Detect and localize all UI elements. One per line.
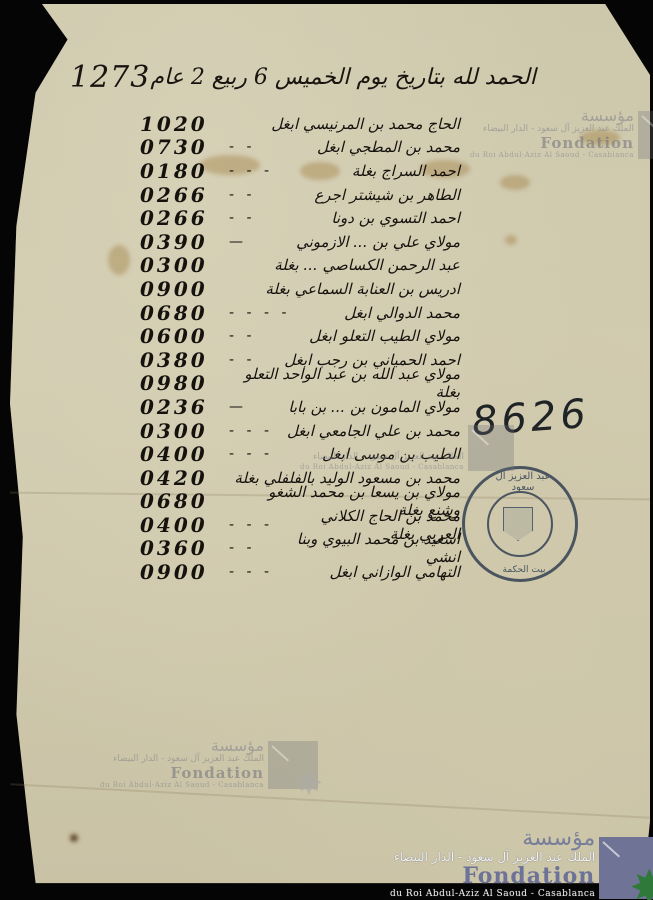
watermark-arabic-subtitle: الملك عبد العزيز آل سعود - الدار البيضاء (394, 850, 595, 864)
ledger-dashes: - - (229, 187, 256, 203)
ledger-row: 1020الحاج محمد بن المرنيسي ابغل (140, 112, 460, 136)
ledger-name: اسعيد بن محمد البيوي وبنا انشي (260, 530, 460, 566)
stain (500, 175, 530, 190)
ledger-amount: 0180 (140, 159, 225, 183)
watermark-subtitle: du Roi Abdul-Aziz Al Saoud - Casablanca (100, 781, 264, 789)
ledger-amount: 0420 (140, 466, 225, 490)
ledger-amount: 0980 (140, 371, 225, 395)
stain (108, 245, 130, 275)
ledger-name: مولاي المامون بن ... بن بابا (251, 398, 460, 416)
ledger-amount: 1020 (140, 112, 225, 136)
watermark-arabic-title: مؤسسة (581, 108, 634, 124)
ledger-amount: 0380 (140, 348, 225, 372)
ledger-amount: 0236 (140, 395, 225, 419)
watermark-main: مؤسسة الملك عبد العزيز آل سعود - الدار ا… (390, 828, 653, 899)
header-text: الحمد لله بتاريخ يوم الخميس 6 ربيع 2 عام (150, 65, 536, 90)
ledger-amount: 0390 (140, 230, 225, 254)
ledger-dashes: - - (229, 328, 256, 344)
foundation-logo-icon (468, 425, 514, 471)
ledger-row: 0266- -الطاهر بن شيشتر اجرع (140, 183, 460, 207)
ledger-dashes: - - (229, 139, 256, 155)
library-stamp: عبد العزيز آل سعود بيت الحكمة (462, 466, 578, 582)
ledger-amount: 0900 (140, 560, 225, 584)
ledger-name: ادريس بن العنابة السماعي بغلة (233, 280, 460, 298)
ledger-row: 0730- -محمد بن المطجي ابغل (140, 136, 460, 160)
ledger-amount: 0266 (140, 206, 225, 230)
ledger-row: 0680- - - -محمد الدوالي ابغل (140, 301, 460, 325)
ledger-row: 0980مولاي عبد الله بن عبد الواحد التعلو … (140, 372, 460, 396)
ledger-dashes: - - - (229, 564, 273, 580)
ledger-row: 0300عبد الرحمن الكساصي ... بغلة (140, 254, 460, 278)
ledger-name: محمد بن المطجي ابغل (260, 138, 460, 156)
watermark-text: مؤسسة الملك عبد العزيز آل سعود - الدار ا… (470, 108, 634, 159)
watermark-arabic-title: مؤسسة (522, 828, 595, 850)
foundation-logo-icon (599, 837, 653, 899)
ledger-amount: 0266 (140, 183, 225, 207)
ledger-dashes: — (229, 234, 247, 250)
foundation-logo-icon (638, 111, 653, 159)
ledger-name: الحاج محمد بن المرنيسي ابغل (233, 115, 460, 133)
ledger-dashes: - - - (229, 163, 273, 179)
foundation-logo-icon (268, 741, 318, 789)
watermark-title: Fondation (462, 864, 595, 888)
stamp-top-text: عبد العزيز آل سعود (485, 471, 561, 493)
ledger-row: 0900- - -التهامي الوازاني ابغل (140, 560, 460, 584)
ledger-name: عبد الرحمن الكساصي ... بغلة (233, 256, 460, 274)
ledger-dashes: — (229, 399, 247, 415)
document-header: 1273 الحمد لله بتاريخ يوم الخميس 6 ربيع … (70, 52, 470, 102)
ledger-amount: 0600 (140, 324, 225, 348)
star-icon (631, 869, 653, 900)
ledger-dashes: - - - (229, 423, 273, 439)
ledger-dashes: - - - (229, 446, 273, 462)
watermark-subtitle: du Roi Abdul-Aziz Al Saoud - Casablanca (470, 151, 634, 159)
watermark-text: مؤسسة الملك عبد العزيز آل سعود - الدار ا… (100, 738, 264, 789)
ledger-amount: 0730 (140, 135, 225, 159)
ledger-row: 0900ادريس بن العنابة السماعي بغلة (140, 277, 460, 301)
ledger-name: مولاي عبد الله بن عبد الواحد التعلو بغلة (233, 365, 460, 401)
ledger-name: مولاي علي بن ... الازموني (251, 233, 460, 251)
ledger-list: 1020الحاج محمد بن المرنيسي ابغل 0730- -م… (140, 112, 460, 584)
ledger-amount: 0360 (140, 536, 225, 560)
ledger-amount: 0900 (140, 277, 225, 301)
ledger-dashes: - - (229, 210, 256, 226)
ledger-dashes: - - (229, 540, 256, 556)
watermark-title: Fondation (540, 135, 634, 152)
ledger-name: احمد السراج بغلة (277, 162, 460, 180)
ledger-row: 0390—مولاي علي بن ... الازموني (140, 230, 460, 254)
watermark-top: مؤسسة الملك عبد العزيز آل سعود - الدار ا… (470, 108, 653, 159)
watermark-title: Fondation (170, 765, 264, 782)
ledger-row: 0600- -مولاي الطيب التعلو ابغل (140, 324, 460, 348)
stamp-bottom-text: بيت الحكمة (489, 565, 559, 575)
ledger-name: الطاهر بن شيشتر اجرع (260, 186, 460, 204)
ledger-name: محمد الدوالي ابغل (295, 304, 460, 322)
watermark-text: مؤسسة الملك عبد العزيز آل سعود - الدار ا… (390, 828, 595, 899)
header-year: 1273 (70, 60, 150, 95)
ledger-row: 0236—مولاي المامون بن ... بن بابا (140, 395, 460, 419)
ledger-row: 0266- -احمد التسوي بن دونا (140, 206, 460, 230)
watermark-text: الملك عبد العزيز آل سعود - الدار البيضاء… (300, 452, 464, 471)
ledger-amount: 0400 (140, 442, 225, 466)
watermark-arabic-subtitle: الملك عبد العزيز آل سعود - الدار البيضاء (313, 452, 464, 463)
ledger-amount: 0400 (140, 513, 225, 537)
ledger-row: 0180- - -احمد السراج بغلة (140, 159, 460, 183)
ledger-dashes: - - - - (229, 305, 291, 321)
ledger-amount: 0680 (140, 489, 225, 513)
ledger-amount: 0300 (140, 253, 225, 277)
ledger-amount: 0300 (140, 419, 225, 443)
stain (70, 834, 78, 842)
ledger-row: 0360- -اسعيد بن محمد البيوي وبنا انشي (140, 537, 460, 561)
ledger-name: التهامي الوازاني ابغل (277, 563, 460, 581)
ledger-name: مولاي الطيب التعلو ابغل (260, 327, 460, 345)
watermark-arabic-title: مؤسسة (211, 738, 264, 754)
watermark-middle: الملك عبد العزيز آل سعود - الدار البيضاء… (300, 425, 514, 471)
watermark-subtitle: du Roi Abdul-Aziz Al Saoud - Casablanca (390, 889, 595, 899)
watermark-lower: مؤسسة الملك عبد العزيز آل سعود - الدار ا… (100, 738, 318, 789)
ledger-amount: 0680 (140, 301, 225, 325)
stain (505, 235, 517, 245)
ledger-name: احمد التسوي بن دونا (260, 209, 460, 227)
watermark-subtitle: du Roi Abdul-Aziz Al Saoud - Casablanca (300, 463, 464, 471)
